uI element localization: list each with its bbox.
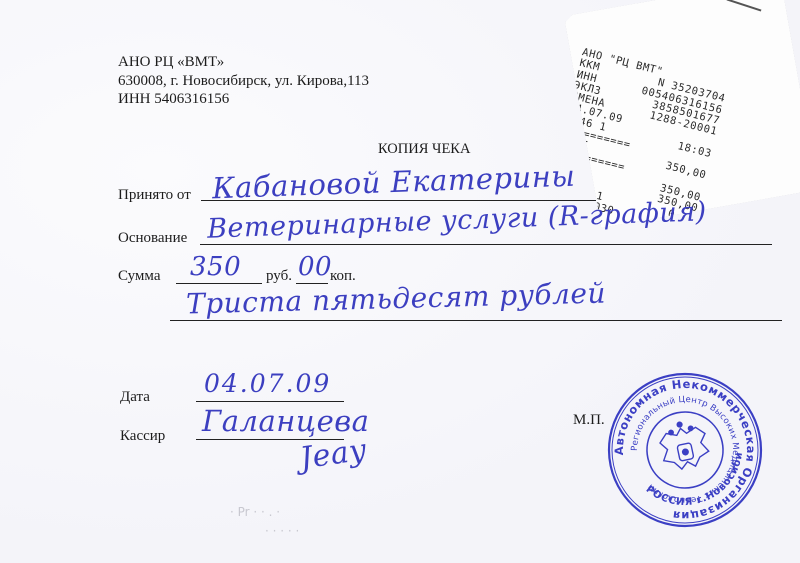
cashier-label: Кассир [120, 427, 165, 445]
received-from-label: Принято от [118, 186, 191, 204]
organization-name: АНО РЦ «ВМТ» [118, 53, 369, 72]
organization-header: АНО РЦ «ВМТ» 630008, г. Новосибирск, ул.… [118, 53, 369, 109]
date-line [196, 401, 344, 402]
basis-label: Основание [118, 229, 187, 247]
amount-in-words-line [170, 320, 782, 321]
amount-rubles-line [176, 283, 262, 284]
organization-stamp: Автономная Некоммерческая Организация Ре… [590, 355, 780, 545]
document-title: КОПИЯ ЧЕКА [378, 140, 470, 158]
organization-inn: ИНН 5406316156 [118, 90, 369, 109]
amount-kopecks-value: 00 [298, 252, 332, 282]
bleed-through-mark: · · · · · [265, 524, 299, 538]
bleed-through-mark: · Pr · · . · [230, 505, 280, 519]
date-label: Дата [120, 388, 150, 406]
cashier-name: Галанцева [202, 404, 369, 438]
basis-line [200, 244, 772, 245]
amount-label: Сумма [118, 267, 160, 285]
date-value: 04.07.09 [204, 369, 331, 398]
double-headed-eagle-icon [657, 417, 712, 472]
rubles-label: руб. [266, 267, 292, 285]
organization-address: 630008, г. Новосибирск, ул. Кирова,113 [118, 72, 369, 91]
cash-register-receipt: АНО "РЦ ВМТ"ККМN 35203704ИНН005406316156… [564, 0, 800, 228]
amount-rubles-value: 350 [190, 252, 241, 282]
